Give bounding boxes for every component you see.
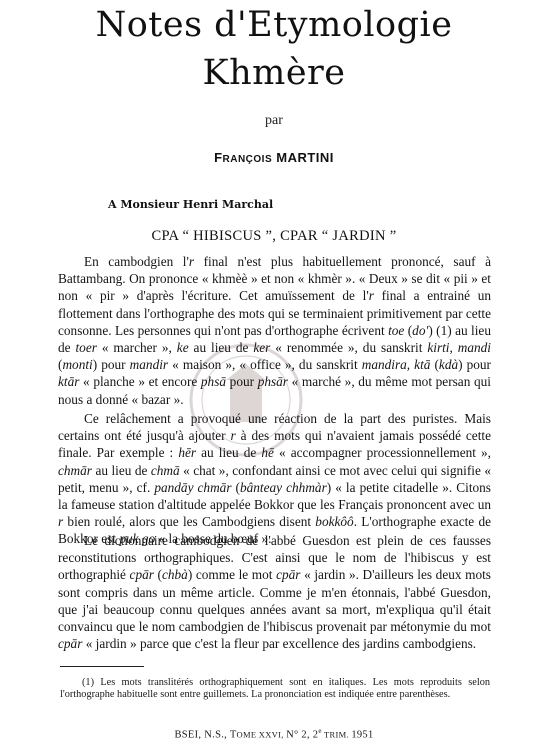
footnote-divider [60, 666, 144, 667]
italic-term: bokkôô [315, 514, 353, 529]
italic-term: cpār [276, 567, 300, 582]
paragraph-text: En cambodgien l'r final n'est plus habit… [58, 253, 491, 408]
author-first-rest: RANÇOIS [223, 154, 273, 165]
italic-term: ktār [58, 374, 79, 389]
paragraph-text: Le dictionnaire cambodgien de l'abbé Gue… [58, 532, 491, 652]
italic-term: kdà [439, 357, 458, 372]
italic-term: r [189, 254, 194, 269]
italic-term: mandira, ktā [362, 357, 431, 372]
body-paragraph-3: Le dictionnaire cambodgien de l'abbé Gue… [58, 532, 491, 652]
body-paragraph-2: Ce relâchement a provoqué une réaction d… [58, 410, 491, 548]
author-first-initial: F [214, 150, 222, 165]
italic-term: toer [75, 340, 96, 355]
document-page: Notes d'Etymologie Khmère par FRANÇOIS M… [0, 0, 548, 750]
footer-year: 1951 [351, 730, 373, 741]
footer-tome-initial: T [230, 730, 237, 741]
italic-term: r [369, 288, 374, 303]
italic-term: cpār [130, 567, 154, 582]
italic-term: chbà [162, 567, 188, 582]
byline-par: par [0, 113, 548, 129]
italic-term: r [58, 514, 63, 529]
italic-term: mandir [130, 357, 168, 372]
italic-term: hēr [178, 445, 196, 460]
section-heading: CPA “ HIBISCUS ”, CPAR “ JARDIN ” [0, 228, 548, 245]
footer-trim: TRIM. [322, 730, 352, 740]
italic-term: phsār [258, 374, 288, 389]
italic-term: pandāy chmār [154, 480, 231, 495]
footer-tome-rest: OME [237, 730, 257, 740]
italic-term: cpār [58, 636, 82, 651]
article-title-line1: Notes d'Etymologie [0, 5, 548, 45]
italic-term: kirti, mandi [427, 340, 491, 355]
footer-journal: BSEI, N.S., [174, 730, 229, 741]
italic-term: monti [62, 357, 92, 372]
italic-term: toe [388, 323, 404, 338]
italic-term: phsā [201, 374, 226, 389]
journal-citation-footer: BSEI, N.S., TOME XXVI, N° 2, 2e TRIM. 19… [0, 727, 548, 741]
footnote-text: (1) Les mots translitérés orthographique… [60, 677, 490, 702]
italic-term: hē [261, 445, 274, 460]
italic-term: do' [412, 323, 428, 338]
body-paragraph-1: En cambodgien l'r final n'est plus habit… [58, 253, 491, 408]
article-title-line2: Khmère [0, 53, 548, 93]
italic-term: chmār [58, 463, 92, 478]
italic-term: r [231, 428, 236, 443]
footnote: (1) Les mots translitérés orthographique… [60, 677, 490, 702]
author-name: FRANÇOIS MARTINI [0, 150, 548, 165]
italic-term: bânteay chhmàr [240, 480, 327, 495]
italic-term: ke [177, 340, 189, 355]
paragraph-text: Ce relâchement a provoqué une réaction d… [58, 410, 491, 548]
italic-term: chmā [151, 463, 180, 478]
footer-tome-number: XXVI, [256, 730, 286, 740]
footer-number: N° 2, 2 [286, 730, 318, 741]
author-last-name: MARTINI [276, 150, 334, 165]
italic-term: ker [253, 340, 270, 355]
dedication: A Monsieur Henri Marchal [108, 198, 273, 211]
